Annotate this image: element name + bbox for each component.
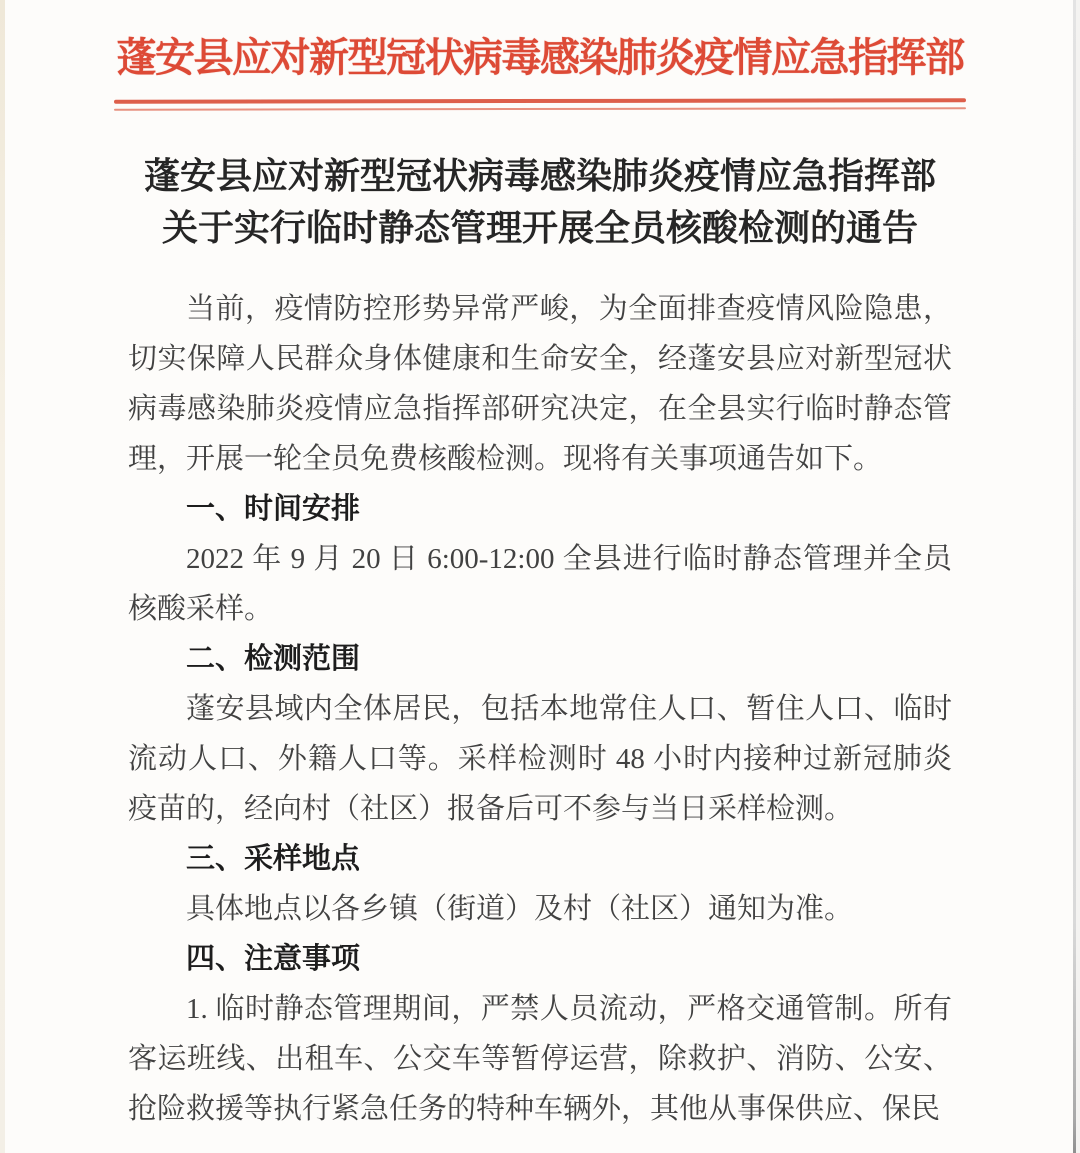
intro-paragraph: 当前，疫情防控形势异常严峻，为全面排查疫情风险隐患，切实保障人民群众身体健康和生… [128, 284, 952, 484]
section-2-heading: 二、检测范围 [128, 634, 952, 684]
document-title-line-2: 关于实行临时静态管理开展全员核酸检测的通告 [0, 202, 1080, 254]
section-3-paragraph: 具体地点以各乡镇（街道）及村（社区）通知为准。 [128, 884, 952, 934]
letterhead-rule [114, 99, 966, 110]
document-title-line-1: 蓬安县应对新型冠状病毒感染肺炎疫情应急指挥部 [0, 150, 1080, 202]
letterhead-rule-top [114, 98, 966, 103]
scan-edge-right-shadow [1076, 0, 1080, 1153]
scan-edge-right [1073, 0, 1076, 1153]
section-1-paragraph: 2022 年 9 月 20 日 6:00-12:00 全县进行临时静态管理并全员… [128, 534, 952, 634]
section-1-heading: 一、时间安排 [128, 484, 952, 534]
section-3-heading: 三、采样地点 [128, 834, 952, 884]
letterhead-rule-bottom [114, 107, 966, 110]
section-4-item-1-paragraph: 1. 临时静态管理期间，严禁人员流动，严格交通管制。所有客运班线、出租车、公交车… [128, 984, 952, 1134]
section-4-heading: 四、注意事项 [128, 934, 952, 984]
section-2-paragraph: 蓬安县域内全体居民，包括本地常住人口、暂住人口、临时流动人口、外籍人口等。采样检… [128, 684, 952, 834]
document-body: 当前，疫情防控形势异常严峻，为全面排查疫情风险隐患，切实保障人民群众身体健康和生… [128, 284, 952, 1134]
scan-edge-left [0, 0, 5, 1153]
document-title: 蓬安县应对新型冠状病毒感染肺炎疫情应急指挥部 关于实行临时静态管理开展全员核酸检… [0, 150, 1080, 254]
scanned-notice-page: 蓬安县应对新型冠状病毒感染肺炎疫情应急指挥部 蓬安县应对新型冠状病毒感染肺炎疫情… [0, 0, 1080, 1153]
letterhead-title: 蓬安县应对新型冠状病毒感染肺炎疫情应急指挥部 [0, 0, 1080, 83]
